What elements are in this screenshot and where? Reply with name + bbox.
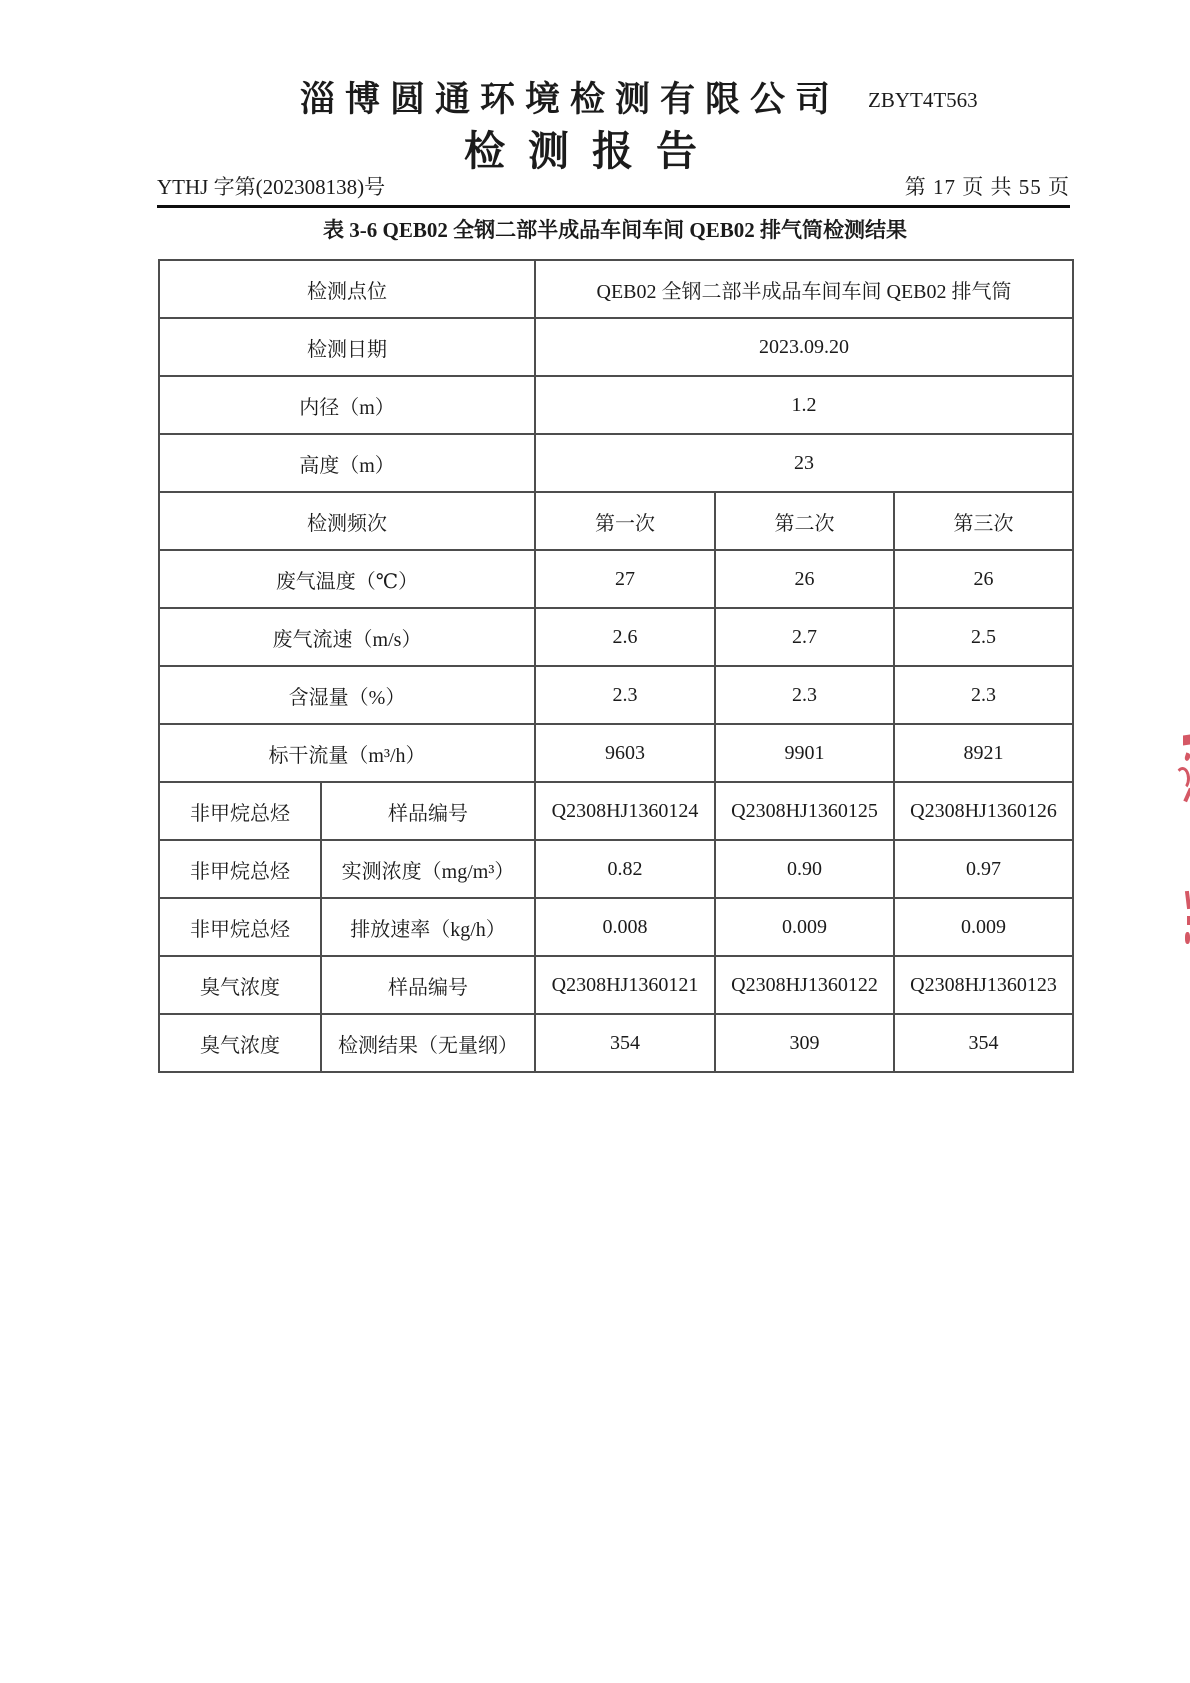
row-label: 含湿量（%） — [159, 666, 535, 724]
row-label: 标干流量（m³/h） — [159, 724, 535, 782]
row-value: 2.6 — [535, 608, 715, 666]
row-value: 0.008 — [535, 898, 715, 956]
table-row: 废气流速（m/s） 2.6 2.7 2.5 — [159, 608, 1073, 666]
red-stamp-fragment — [1184, 752, 1190, 761]
table-row: 检测点位 QEB02 全钢二部半成品车间车间 QEB02 排气筒 — [159, 260, 1073, 318]
row-label: 检测频次 — [159, 492, 535, 550]
table-title: 表 3-6 QEB02 全钢二部半成品车间车间 QEB02 排气筒检测结果 — [158, 214, 1072, 244]
row-value: 0.009 — [894, 898, 1073, 956]
table-row: 检测频次 第一次 第二次 第三次 — [159, 492, 1073, 550]
table-row: 臭气浓度 检测结果（无量纲） 354 309 354 — [159, 1014, 1073, 1072]
red-stamp-fragment — [1175, 767, 1190, 790]
report-page: 淄博圆通环境检测有限公司 ZBYT4T563 检测报告 YTHJ 字第(2023… — [0, 0, 1190, 1683]
red-stamp-fragment — [1185, 891, 1190, 909]
results-table: 检测点位 QEB02 全钢二部半成品车间车间 QEB02 排气筒 检测日期 20… — [158, 259, 1074, 1073]
doc-number: YTHJ 字第(202308138)号 — [157, 171, 385, 201]
row-value: 第二次 — [715, 492, 894, 550]
row-value: 0.82 — [535, 840, 715, 898]
row-label: 废气温度（℃） — [159, 550, 535, 608]
row-value: Q2308HJ1360123 — [894, 956, 1073, 1014]
row-label: 实测浓度（mg/m³） — [321, 840, 535, 898]
row-value: Q2308HJ1360125 — [715, 782, 894, 840]
row-value: Q2308HJ1360126 — [894, 782, 1073, 840]
row-value: 0.90 — [715, 840, 894, 898]
row-value: 27 — [535, 550, 715, 608]
row-value: 9901 — [715, 724, 894, 782]
red-stamp-fragment — [1183, 788, 1190, 802]
row-value: Q2308HJ1360124 — [535, 782, 715, 840]
row-value: 354 — [535, 1014, 715, 1072]
table-row: 非甲烷总烃 实测浓度（mg/m³） 0.82 0.90 0.97 — [159, 840, 1073, 898]
row-label: 样品编号 — [321, 956, 535, 1014]
row-value: 2.7 — [715, 608, 894, 666]
row-label: 检测结果（无量纲） — [321, 1014, 535, 1072]
row-value: 0.97 — [894, 840, 1073, 898]
row-label: 高度（m） — [159, 434, 535, 492]
table-row: 内径（m） 1.2 — [159, 376, 1073, 434]
header-divider-line — [157, 205, 1070, 208]
row-value: 9603 — [535, 724, 715, 782]
row-value: Q2308HJ1360121 — [535, 956, 715, 1014]
table-row: 臭气浓度 样品编号 Q2308HJ1360121 Q2308HJ1360122 … — [159, 956, 1073, 1014]
row-value: Q2308HJ1360122 — [715, 956, 894, 1014]
report-code: ZBYT4T563 — [868, 88, 978, 113]
row-group-label: 非甲烷总烃 — [159, 840, 321, 898]
table-row: 标干流量（m³/h） 9603 9901 8921 — [159, 724, 1073, 782]
row-label: 样品编号 — [321, 782, 535, 840]
row-value: 2023.09.20 — [535, 318, 1073, 376]
table-row: 非甲烷总烃 排放速率（kg/h） 0.008 0.009 0.009 — [159, 898, 1073, 956]
row-value: 2.3 — [715, 666, 894, 724]
table-row: 检测日期 2023.09.20 — [159, 318, 1073, 376]
row-value: 0.009 — [715, 898, 894, 956]
row-value: 1.2 — [535, 376, 1073, 434]
row-value: 2.3 — [894, 666, 1073, 724]
row-value: 26 — [894, 550, 1073, 608]
row-label: 检测点位 — [159, 260, 535, 318]
row-value: 2.3 — [535, 666, 715, 724]
row-group-label: 非甲烷总烃 — [159, 898, 321, 956]
company-name: 淄博圆通环境检测有限公司 — [300, 72, 840, 122]
row-label: 废气流速（m/s） — [159, 608, 535, 666]
table-row: 废气温度（℃） 27 26 26 — [159, 550, 1073, 608]
table-row: 非甲烷总烃 样品编号 Q2308HJ1360124 Q2308HJ1360125… — [159, 782, 1073, 840]
row-value: 26 — [715, 550, 894, 608]
row-value: QEB02 全钢二部半成品车间车间 QEB02 排气筒 — [535, 260, 1073, 318]
row-value: 2.5 — [894, 608, 1073, 666]
row-label: 排放速率（kg/h） — [321, 898, 535, 956]
row-value: 23 — [535, 434, 1073, 492]
row-label: 检测日期 — [159, 318, 535, 376]
red-stamp-fragment — [1185, 932, 1190, 944]
row-group-label: 臭气浓度 — [159, 956, 321, 1014]
table-row: 高度（m） 23 — [159, 434, 1073, 492]
row-group-label: 臭气浓度 — [159, 1014, 321, 1072]
row-value: 354 — [894, 1014, 1073, 1072]
row-value: 8921 — [894, 724, 1073, 782]
red-stamp-fragment — [1183, 735, 1190, 746]
row-value: 第三次 — [894, 492, 1073, 550]
row-value: 309 — [715, 1014, 894, 1072]
report-title: 检测报告 — [464, 118, 720, 177]
row-value: 第一次 — [535, 492, 715, 550]
row-group-label: 非甲烷总烃 — [159, 782, 321, 840]
page-number-info: 第 17 页 共 55 页 — [905, 171, 1070, 201]
row-label: 内径（m） — [159, 376, 535, 434]
table-row: 含湿量（%） 2.3 2.3 2.3 — [159, 666, 1073, 724]
